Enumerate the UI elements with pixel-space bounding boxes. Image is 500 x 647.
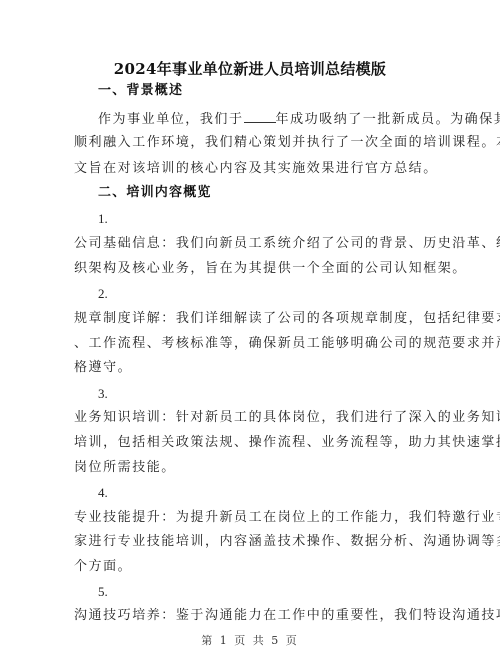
item-line: 公司基础信息：我们向新员工系统介绍了公司的背景、历史沿革、组	[74, 236, 424, 252]
paragraph-line: 文旨在对该培训的核心内容及其实施效果进行官方总结。	[74, 161, 424, 177]
paragraph-text: 年成功吸纳了一批新成员。为确保其	[276, 112, 500, 127]
item-line: 业务知识培训：针对新员工的具体岗位，我们进行了深入的业务知识	[74, 410, 424, 426]
item-number: 1.	[98, 211, 448, 227]
item-number: 2.	[98, 286, 448, 302]
item-line: 岗位所需技能。	[74, 460, 424, 476]
item-number: 4.	[98, 485, 448, 501]
item-line: 格遵守。	[74, 360, 424, 376]
item-line: 专业技能提升：为提升新员工在岗位上的工作能力，我们特邀行业专	[74, 510, 424, 526]
paragraph-text: 作为事业单位，我们于	[98, 112, 244, 127]
item-number: 5.	[98, 584, 448, 600]
paragraph-line: 顺利融入工作环境，我们精心策划并执行了一次全面的培训课程。本	[74, 135, 424, 151]
page-footer: 第 1 页 共 5 页	[0, 632, 500, 647]
item-line: 家进行专业技能培训，内容涵盖技术操作、数据分析、沟通协调等多	[74, 534, 424, 550]
item-line: 织架构及核心业务，旨在为其提供一个全面的公司认知框架。	[74, 261, 424, 277]
document-page: 2024年事业单位新进人员培训总结模版 一、背景概述 作为事业单位，我们于年成功…	[0, 0, 500, 647]
item-line: 沟通技巧培养：鉴于沟通能力在工作中的重要性，我们特设沟通技巧	[74, 608, 424, 624]
item-line: 培训，包括相关政策法规、操作流程、业务流程等，助力其快速掌握	[74, 435, 424, 451]
section-heading-training-content: 二、培训内容概览	[98, 185, 448, 201]
item-line: 、工作流程、考核标准等，确保新员工能够明确公司的规范要求并严	[74, 336, 424, 352]
item-number: 3.	[98, 386, 448, 402]
fill-in-blank	[244, 110, 276, 123]
section-heading-background: 一、背景概述	[98, 83, 448, 99]
document-title: 2024年事业单位新进人员培训总结模版	[0, 58, 500, 79]
item-line: 个方面。	[74, 559, 424, 575]
item-line: 规章制度详解：我们详细解读了公司的各项规章制度，包括纪律要求	[74, 311, 424, 327]
paragraph-line: 作为事业单位，我们于年成功吸纳了一批新成员。为确保其	[98, 110, 448, 128]
